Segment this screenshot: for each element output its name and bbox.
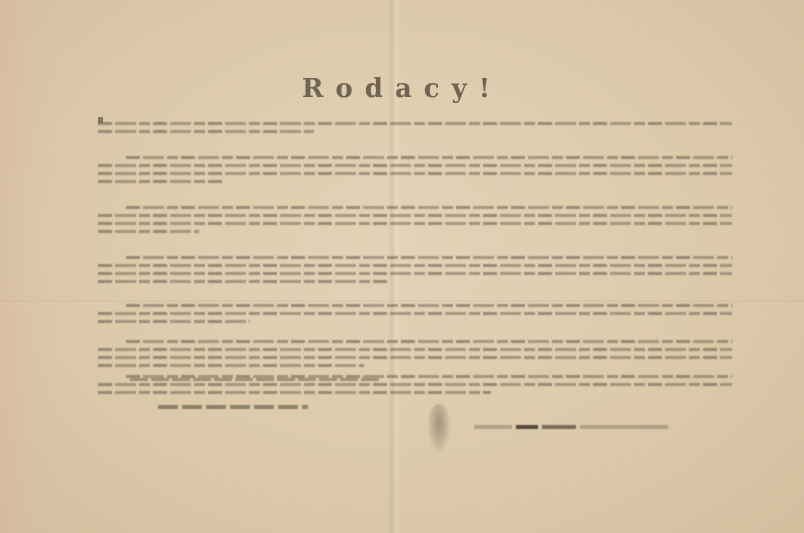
- text-line: [98, 348, 732, 351]
- text-line: [98, 356, 732, 359]
- text-line: [98, 280, 390, 283]
- text-line: [126, 340, 732, 343]
- document-page: Rodacy!: [0, 0, 804, 533]
- text-line: [98, 222, 732, 225]
- text-line: [98, 264, 732, 267]
- text-line: [126, 206, 732, 209]
- text-line: [98, 180, 225, 183]
- text-line: [98, 214, 732, 217]
- text-line: [98, 391, 491, 394]
- text-line: [98, 312, 732, 315]
- signature-line: [474, 425, 668, 429]
- text-line: [126, 156, 732, 159]
- text-line: [98, 230, 199, 233]
- text-line: [98, 164, 732, 167]
- document-title: Rodacy!: [0, 74, 804, 104]
- text-line: [126, 256, 732, 259]
- seal-stamp-icon: [428, 404, 450, 452]
- text-line: [98, 272, 732, 275]
- place-and-date: [158, 405, 308, 409]
- paragraph: [98, 304, 732, 328]
- text-line: [98, 172, 732, 175]
- paragraph: [98, 340, 732, 372]
- paragraph: [98, 206, 732, 238]
- paragraph: [98, 156, 732, 188]
- text-line: [98, 320, 250, 323]
- text-line: [126, 304, 732, 307]
- paper-fold: [0, 300, 804, 302]
- text-line: [98, 122, 732, 125]
- text-line: [98, 383, 732, 386]
- paragraph: [98, 122, 732, 138]
- text-line: [98, 130, 314, 133]
- closing-line: [130, 378, 380, 381]
- paragraph: [98, 256, 732, 288]
- text-line: [98, 364, 364, 367]
